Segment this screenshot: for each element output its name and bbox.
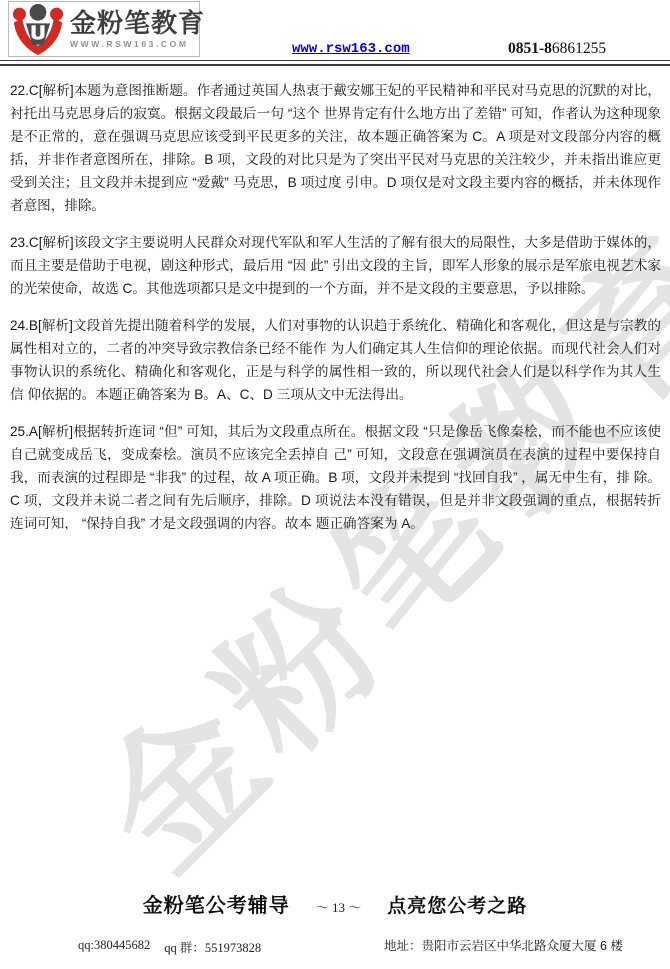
- contact-qq-line: qq:380445682 qq 群：551973828: [78, 938, 261, 956]
- brand-name: 金粉笔教育: [70, 10, 205, 36]
- website-link[interactable]: www.rsw163.com: [292, 41, 410, 57]
- answer-paragraph-24: 24.B[解析]文段首先提出随着科学的发展，人们对事物的认识趋于系统化、精确化和…: [10, 314, 661, 406]
- brand-logo: 金粉笔教育 WWW.RSW163.COM: [8, 1, 200, 57]
- qq-number: qq:380445682: [78, 938, 150, 956]
- answer-explanations: 22.C[解析]本题为意图推断题。作者通过英国人热衷于戴安娜王妃的平民精神和平民…: [10, 79, 661, 549]
- phone-suffix: 6861255: [552, 40, 606, 57]
- brand-logo-icon: [12, 2, 64, 56]
- phone-prefix: 0851-8: [508, 40, 552, 57]
- page-footer: 金粉笔公考辅导 ～ 13 ～ 点亮您公考之路: [0, 889, 670, 918]
- document-page: 金粉笔教育 WWW.RSW163.COM www.rsw163.com 0851…: [0, 0, 670, 969]
- footer-slogan: 点亮您公考之路: [387, 891, 527, 918]
- answer-paragraph-23: 23.C[解析]该段文字主要说明人民群众对现代军队和军人生活的了解有很大的局限性…: [10, 231, 661, 300]
- contact-address: 地址：贵阳市云岩区中华北路众厦大厦 6 楼: [384, 936, 623, 954]
- page-number: ～ 13 ～: [316, 897, 362, 916]
- header-divider: [0, 60, 670, 66]
- brand-site-url: WWW.RSW163.COM: [70, 39, 205, 49]
- answer-paragraph-22: 22.C[解析]本题为意图推断题。作者通过英国人热衷于戴安娜王妃的平民精神和平民…: [10, 79, 661, 217]
- answer-paragraph-25: 25.A[解析]根据转折连词 “但” 可知，其后为文段重点所在。根据文段 “只是…: [10, 420, 661, 535]
- brand-text: 金粉笔教育 WWW.RSW163.COM: [70, 10, 205, 49]
- footer-brand: 金粉笔公考辅导: [143, 889, 290, 918]
- qq-group-number: qq 群：551973828: [164, 938, 261, 956]
- phone-number: 0851-86861255: [508, 40, 606, 58]
